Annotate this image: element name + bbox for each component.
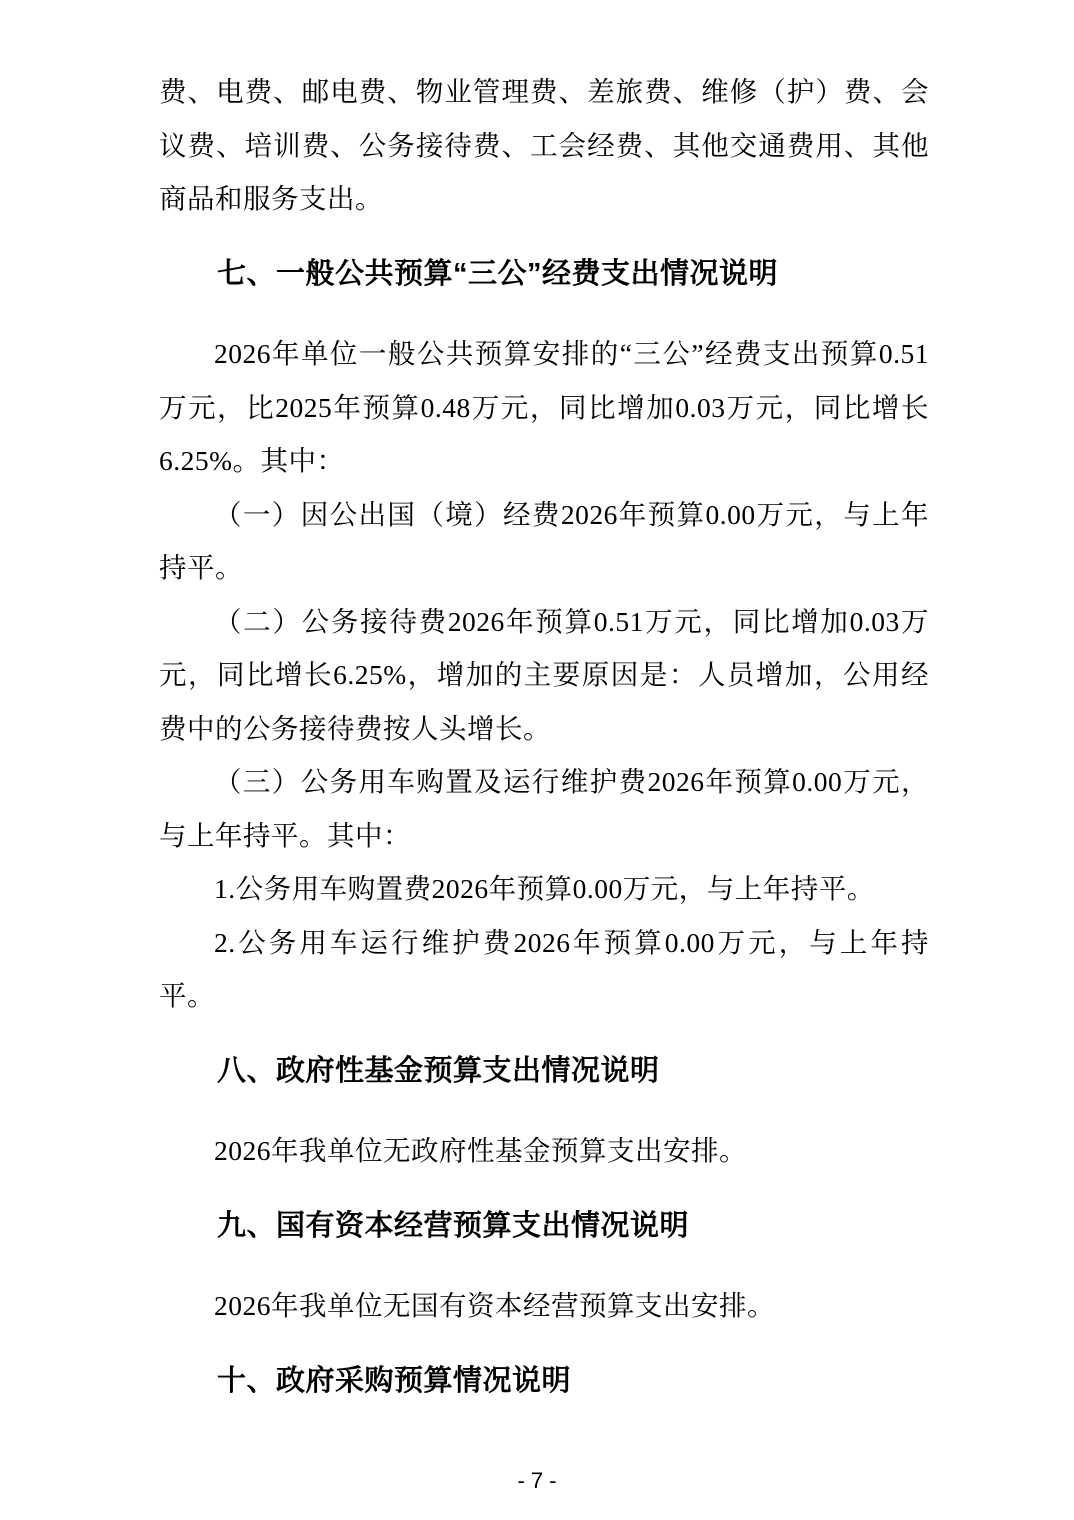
heading-section-9-state-capital-budget: 九、国有资本经营预算支出情况说明 [159,1200,929,1254]
heading-section-10-government-procurement: 十、政府采购预算情况说明 [159,1355,929,1409]
paragraph-three-public-budget-summary: 2026年单位一般公共预算安排的“三公”经费支出预算0.51万元，比2025年预… [159,327,929,488]
paragraph-overseas-travel-expense: （一）因公出国（境）经费2026年预算0.00万元，与上年持平。 [159,488,929,595]
paragraph-state-capital-statement: 2026年我单位无国有资本经营预算支出安排。 [159,1279,929,1333]
paragraph-government-fund-statement: 2026年我单位无政府性基金预算支出安排。 [159,1124,929,1178]
paragraph-official-vehicle-total-expense: （三）公务用车购置及运行维护费2026年预算0.00万元，与上年持平。其中： [159,755,929,862]
document-page: 费、电费、邮电费、物业管理费、差旅费、维修（护）费、会议费、培训费、公务接待费、… [0,0,1074,1520]
paragraph-official-reception-expense: （二）公务接待费2026年预算0.51万元，同比增加0.03万元，同比增长6.2… [159,595,929,756]
page-number: - 7 - [0,1468,1074,1494]
heading-section-7-three-public-expenses: 七、一般公共预算“三公”经费支出情况说明 [159,248,929,302]
paragraph-vehicle-maintenance-expense: 2.公务用车运行维护费2026年预算0.00万元，与上年持平。 [159,916,929,1023]
document-body: 费、电费、邮电费、物业管理费、差旅费、维修（护）费、会议费、培训费、公务接待费、… [159,65,929,1434]
paragraph-vehicle-purchase-expense: 1.公务用车购置费2026年预算0.00万元，与上年持平。 [159,862,929,916]
heading-section-8-government-fund-budget: 八、政府性基金预算支出情况说明 [159,1045,929,1099]
paragraph-expense-items-continued: 费、电费、邮电费、物业管理费、差旅费、维修（护）费、会议费、培训费、公务接待费、… [159,65,929,226]
